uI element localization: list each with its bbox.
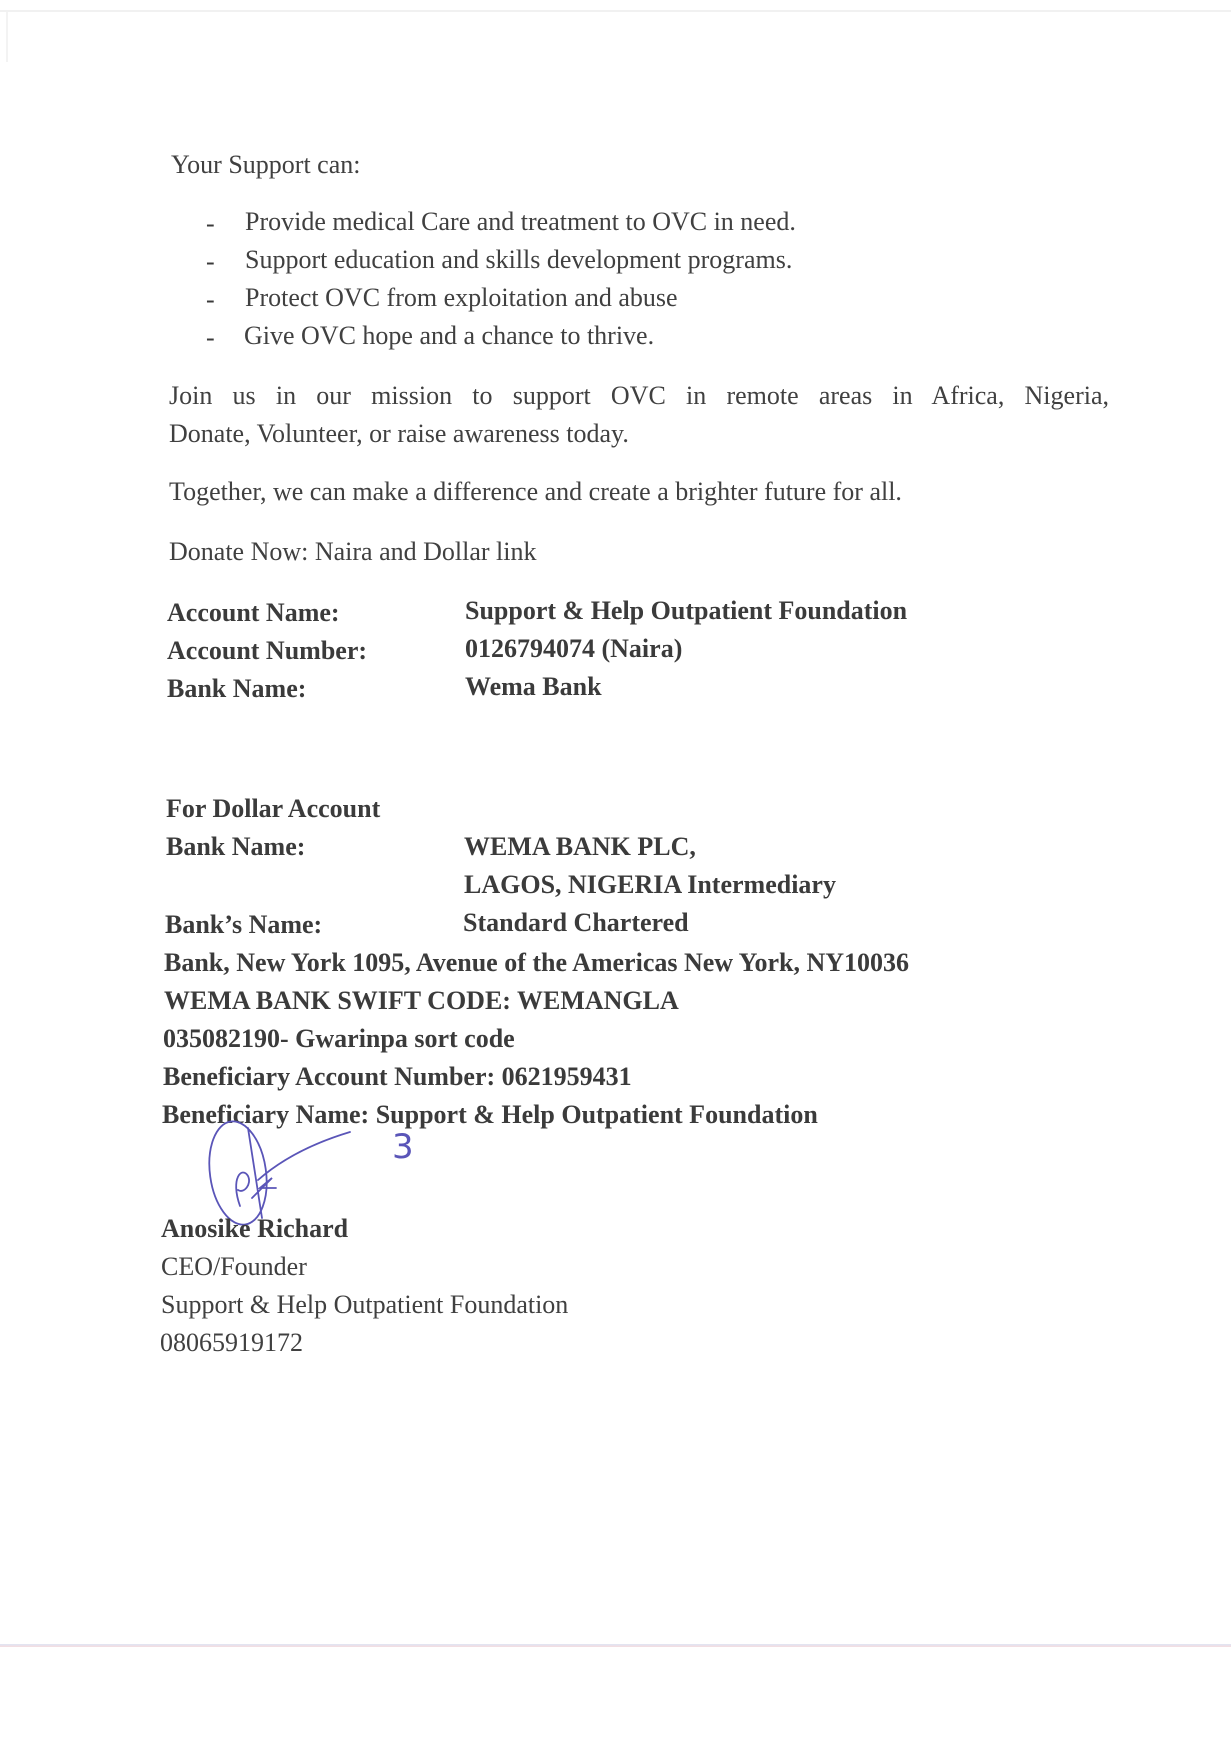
intro-text: Your Support can: (171, 150, 360, 180)
list-item: Protect OVC from exploitation and abuse (245, 283, 678, 313)
join-paragraph-line2: Donate, Volunteer, or raise awareness to… (169, 419, 629, 449)
account-name-label: Account Name: (167, 598, 340, 628)
banks-name-value: Standard Chartered (463, 908, 689, 938)
bullet-marker: - (206, 323, 215, 353)
signatory-phone: 08065919172 (160, 1328, 303, 1358)
account-number-label: Account Number: (167, 636, 367, 666)
signature-letter (236, 1173, 249, 1206)
dollar-bank-name-line1: WEMA BANK PLC, (464, 832, 696, 862)
signatory-title: CEO/Founder (161, 1252, 307, 1282)
dollar-account-heading: For Dollar Account (166, 794, 380, 824)
list-item: Give OVC hope and a chance to thrive. (244, 321, 654, 351)
dollar-bank-name-line2: LAGOS, NIGERIA Intermediary (464, 870, 836, 900)
account-number-value: 0126794074 (Naira) (465, 634, 682, 664)
scan-edge-bottom (0, 1644, 1231, 1647)
together-paragraph: Together, we can make a difference and c… (169, 477, 902, 507)
beneficiary-account-number: Beneficiary Account Number: 0621959431 (163, 1062, 632, 1092)
list-item: Support education and skills development… (245, 245, 792, 275)
scan-edge-top (0, 10, 1231, 12)
handwritten-number: 3 (392, 1127, 414, 1167)
signature-stroke (248, 1128, 262, 1218)
signatory-organization: Support & Help Outpatient Foundation (161, 1290, 568, 1320)
donate-now-text: Donate Now: Naira and Dollar link (169, 537, 537, 567)
bank-name-label: Bank Name: (167, 674, 306, 704)
signature-loop (203, 1118, 273, 1228)
sort-code: 035082190- Gwarinpa sort code (163, 1024, 515, 1054)
bullet-marker: - (206, 209, 215, 239)
bank-address: Bank, New York 1095, Avenue of the Ameri… (164, 948, 909, 978)
join-paragraph-line1: Join us in our mission to support OVC in… (169, 381, 1109, 411)
bank-name-value: Wema Bank (465, 672, 602, 702)
account-name-value: Support & Help Outpatient Foundation (465, 596, 907, 626)
bullet-marker: - (206, 247, 215, 277)
scan-edge-left (6, 12, 8, 62)
banks-name-label: Bank’s Name: (165, 910, 322, 940)
list-item: Provide medical Care and treatment to OV… (245, 207, 796, 237)
bullet-marker: - (206, 285, 215, 315)
signatory-name: Anosike Richard (161, 1214, 348, 1244)
dollar-bank-name-label: Bank Name: (166, 832, 305, 862)
swift-code: WEMA BANK SWIFT CODE: WEMANGLA (164, 986, 679, 1016)
signature-tail (258, 1132, 350, 1180)
